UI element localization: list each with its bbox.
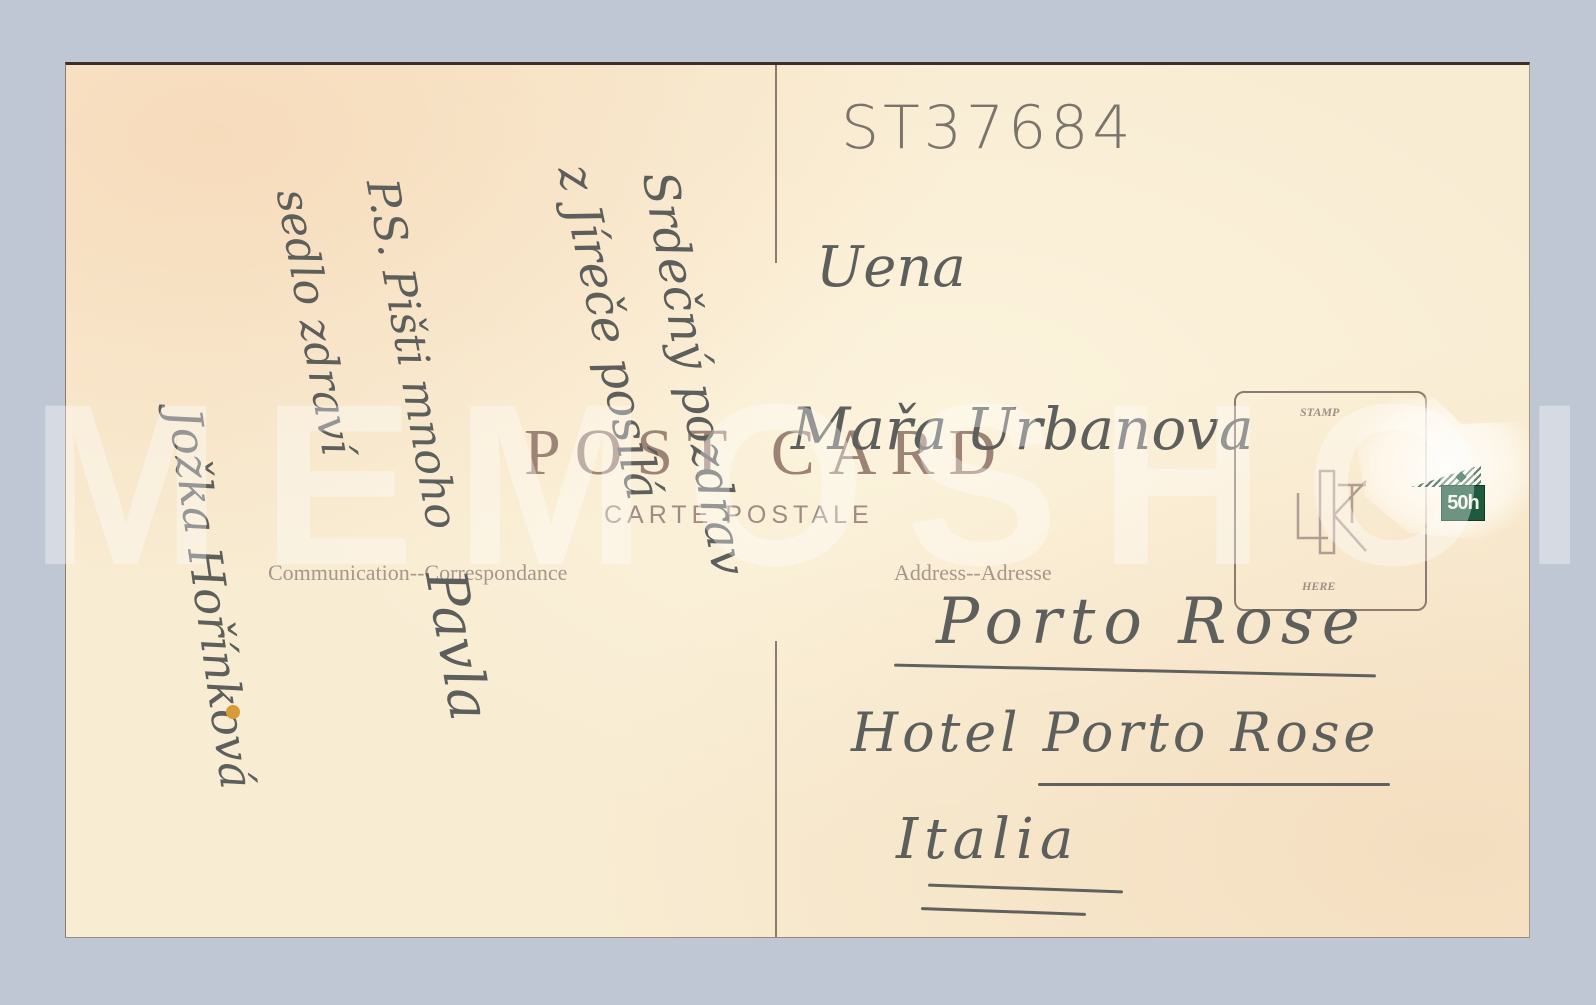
stamp-top-label: STAMP [1300, 405, 1339, 420]
address-line-2: Mařa Urbanova [791, 395, 1254, 463]
address-underline-2 [1038, 783, 1390, 786]
address-line-3: Porto Rose [936, 585, 1368, 659]
paper-stain [226, 705, 240, 719]
message-column-4: P.S. Pišti mnoho [356, 175, 468, 533]
divider-line-bottom [775, 641, 777, 938]
address-line-4: Hotel Porto Rose [851, 701, 1379, 764]
message-column-6: Jožka Hořínková [158, 405, 265, 792]
address-underline-1 [894, 664, 1376, 678]
inventory-code: ST37684 [841, 93, 1135, 163]
address-label: Address--Adresse [894, 560, 1052, 586]
scan-background: ST37684 POST CARD CARTE POSTALE Communic… [0, 0, 1596, 1005]
stamp-value: 50h [1441, 485, 1485, 521]
address-line-1: Uena [816, 235, 966, 300]
message-column-3: Pavla [412, 565, 502, 725]
address-underline-3 [928, 884, 1123, 894]
address-underline-4 [921, 907, 1086, 916]
message-column-5: sedlo zdraví [266, 185, 363, 459]
address-line-5: Italia [896, 807, 1079, 872]
divider-line-top [775, 65, 777, 263]
postcard-back: ST37684 POST CARD CARTE POSTALE Communic… [65, 62, 1530, 938]
